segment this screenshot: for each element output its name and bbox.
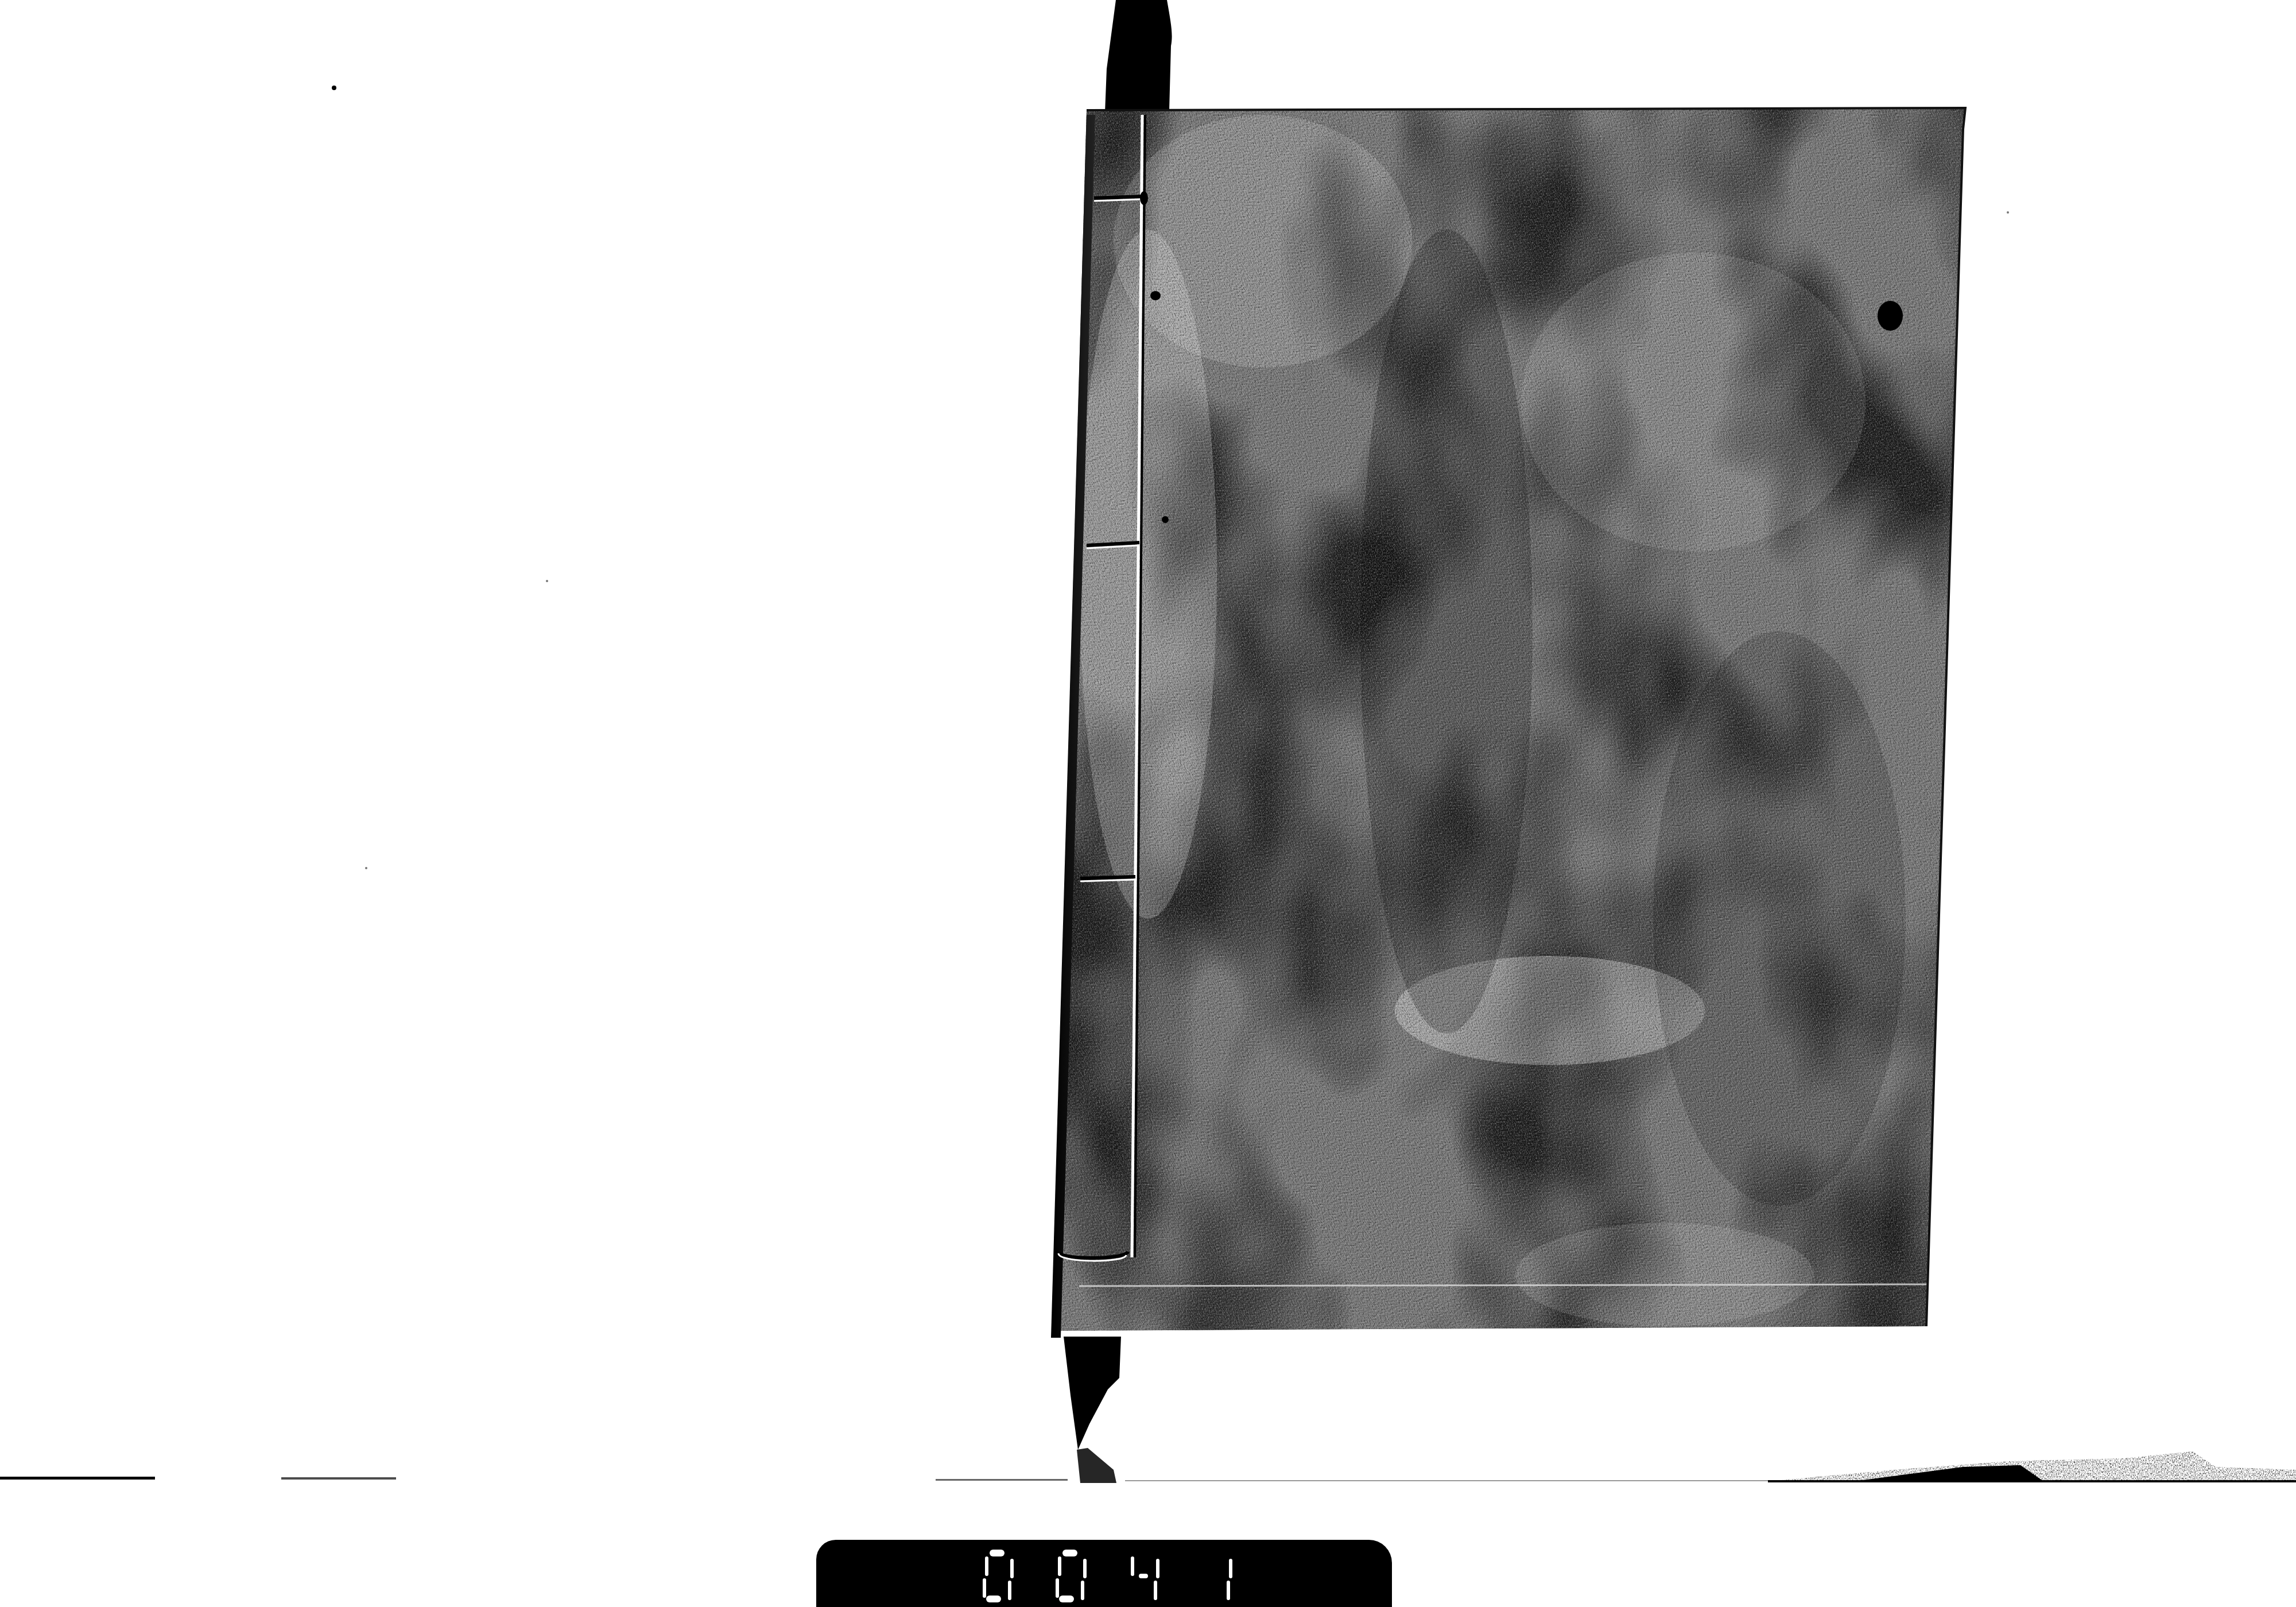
label-digit bbox=[1116, 1548, 1170, 1599]
book-cover bbox=[1045, 103, 1976, 1339]
accession-digits bbox=[816, 1540, 1392, 1607]
scan-scene bbox=[0, 0, 2296, 1607]
label-digit bbox=[970, 1548, 1025, 1599]
support-foot-shadow bbox=[1077, 1448, 1116, 1483]
label-digit bbox=[1043, 1548, 1097, 1599]
dust-speck bbox=[546, 580, 548, 582]
accession-number-label: 0041 bbox=[816, 1540, 1392, 1607]
ink-spot bbox=[1878, 301, 1903, 331]
book-support-top bbox=[1105, 0, 1172, 113]
dust-speck bbox=[2007, 211, 2009, 214]
label-digit bbox=[1189, 1548, 1243, 1599]
dust-speck bbox=[365, 867, 367, 869]
book-support-bottom bbox=[1064, 1337, 1121, 1450]
dust-speck bbox=[332, 86, 336, 90]
